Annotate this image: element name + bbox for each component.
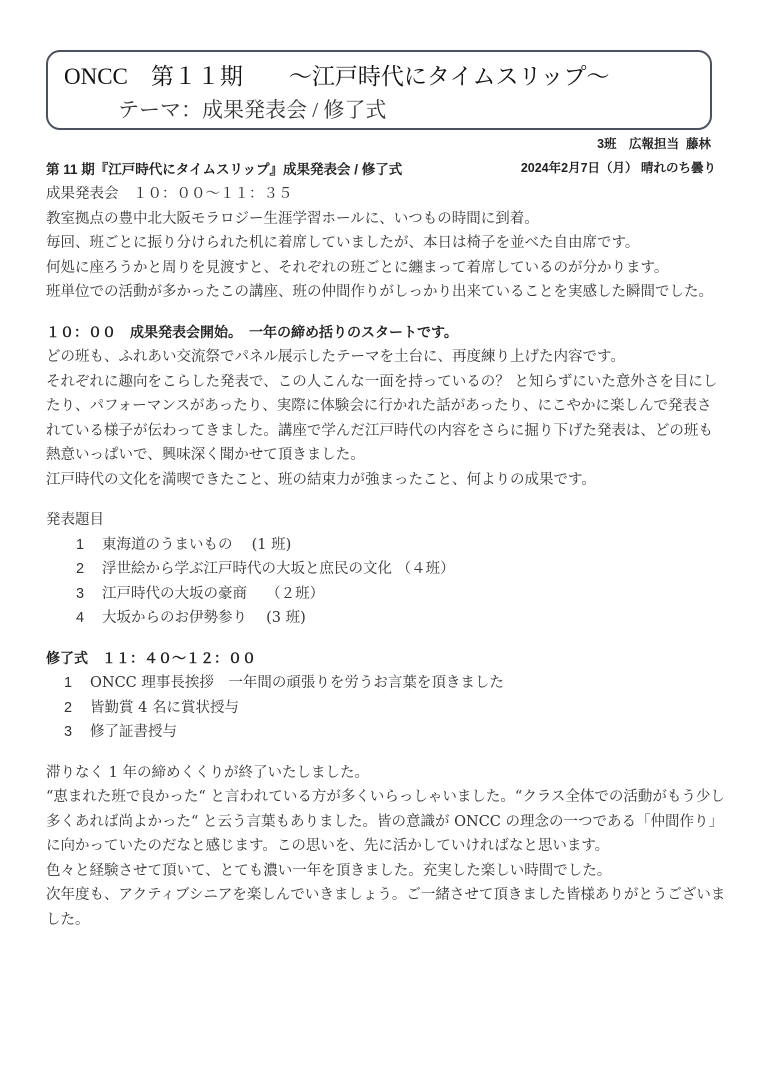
list-item: 1東海道のうまいもの (1 班) <box>46 533 726 558</box>
closing-paragraph: 次年度も、アクティブシニアを楽しんでいきましょう。ご一緒させて頂きました皆様あり… <box>46 883 726 932</box>
ceremony-heading: 修了式 １１：４０～１２：００ <box>46 647 726 672</box>
section1-paragraph: 班単位での活動が多かったこの講座、班の仲間作りがしっかり出来ていることを実感した… <box>46 280 726 305</box>
report-body: 成果発表会 １０：００～１１：３５ 教室拠点の豊中北大阪モラロジー生涯学習ホール… <box>46 182 726 932</box>
section1-heading: 成果発表会 １０：００～１１：３５ <box>46 182 726 207</box>
list-item: 2浮世絵から学ぶ江戸時代の大坂と庶民の文化 （４班） <box>46 557 726 582</box>
list-item: 1ONCC 理事長挨拶 一年間の頑張りを労うお言葉を頂きました <box>46 671 726 696</box>
author-credit: 3班 広報担当 藤林 <box>597 134 711 152</box>
report-title: 第 11 期『江戸時代にタイムスリップ』成果発表会 / 修了式 <box>46 158 402 178</box>
section2-paragraph: 江戸時代の文化を満喫できたこと、班の結束力が強まったこと、何よりの成果です。 <box>46 468 726 493</box>
section2-heading: １０：００ 成果発表会開始。 一年の締め括りのスタートです。 <box>46 321 726 346</box>
closing-paragraph: 色々と経験させて頂いて、とても濃い一年を頂きました。充実した楽しい時間でした。 <box>46 859 726 884</box>
topics-list: 1東海道のうまいもの (1 班) 2浮世絵から学ぶ江戸時代の大坂と庶民の文化 （… <box>46 533 726 631</box>
header-box: ONCC 第１１期 ～江戸時代にタイムスリップ～ テーマ：成果発表会 / 修了式 <box>46 50 712 130</box>
section1-paragraph: 何処に座ろうかと周りを見渡すと、それぞれの班ごとに纏まって着席しているのが分かり… <box>46 256 726 281</box>
header-title: ONCC 第１１期 ～江戸時代にタイムスリップ～ <box>64 58 610 91</box>
closing-paragraph: “恵まれた班で良かった“ と言われている方が多くいらっしゃいました。“クラス全体… <box>46 785 726 859</box>
list-item: 3江戸時代の大坂の豪商 （２班） <box>46 582 726 607</box>
ceremony-list: 1ONCC 理事長挨拶 一年間の頑張りを労うお言葉を頂きました 2皆勤賞 4 名… <box>46 671 726 745</box>
list-item: 4大坂からのお伊勢参り (3 班) <box>46 606 726 631</box>
date-weather: 2024年2月7日（月） 晴れのち曇り <box>521 158 716 176</box>
report-title-row: 第 11 期『江戸時代にタイムスリップ』成果発表会 / 修了式 2024年2月7… <box>46 158 716 178</box>
section2-paragraph: それぞれに趣向をこらした発表で、この人こんな一面を持っているの？ と知らずにいた… <box>46 370 726 468</box>
closing-paragraph: 滞りなく 1 年の締めくくりが終了いたしました。 <box>46 761 726 786</box>
header-theme: テーマ：成果発表会 / 修了式 <box>118 94 386 124</box>
list-item: 2皆勤賞 4 名に賞状授与 <box>46 696 726 721</box>
topics-heading: 発表題目 <box>46 508 726 533</box>
list-item: 3修了証書授与 <box>46 720 726 745</box>
section1-paragraph: 毎回、班ごとに振り分けられた机に着席していましたが、本日は椅子を並べた自由席です… <box>46 231 726 256</box>
section1-paragraph: 教室拠点の豊中北大阪モラロジー生涯学習ホールに、いつもの時間に到着。 <box>46 207 726 232</box>
section2-paragraph: どの班も、ふれあい交流祭でパネル展示したテーマを土台に、再度練り上げた内容です。 <box>46 345 726 370</box>
